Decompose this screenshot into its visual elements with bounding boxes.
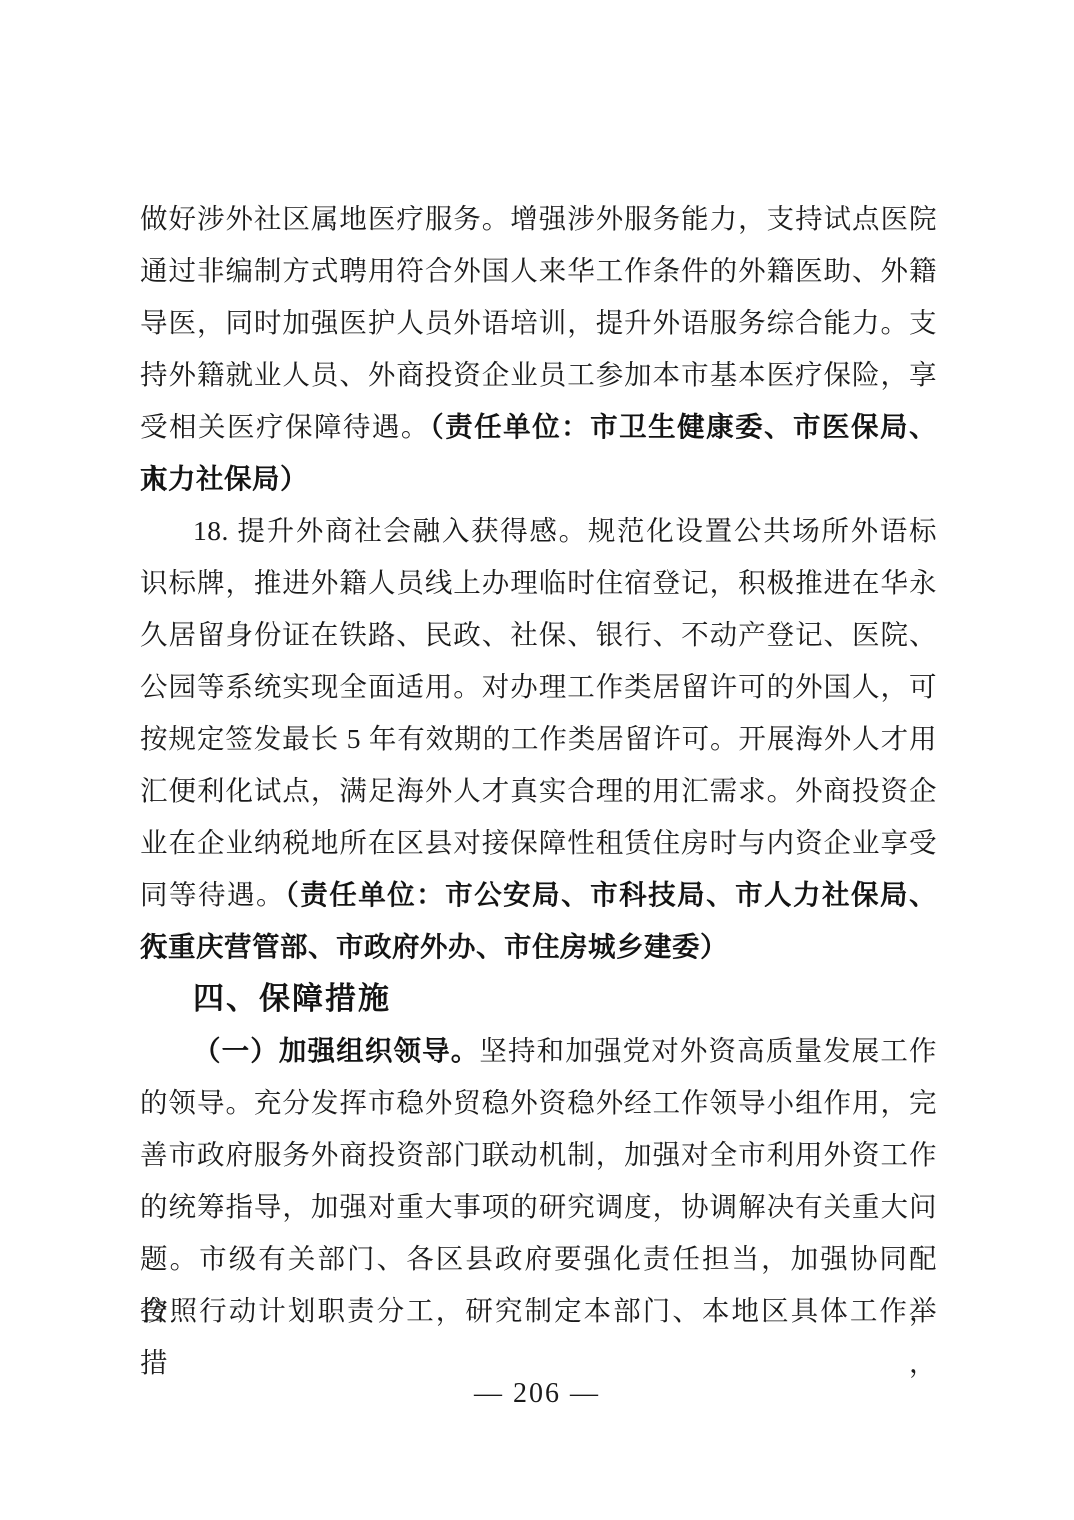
body-text: 18. 提升外商社会融入获得感。规范化设置公共场所外语标 [193, 515, 937, 546]
document-body: 做好涉外社区属地医疗服务。增强涉外服务能力，支持试点医院通过非编制方式聘用符合外… [140, 193, 937, 1337]
body-text: 业在企业纳税地所在区县对接保障性租赁住房时与内资企业享受 [140, 827, 937, 858]
body-text: 善市政府服务外商投资部门联动机制，加强对全市利用外资工作 [140, 1139, 937, 1170]
document-page: 做好涉外社区属地医疗服务。增强涉外服务能力，支持试点医院通过非编制方式聘用符合外… [0, 0, 1074, 1520]
text-line: 行重庆营管部、市政府外办、市住房城乡建委） [140, 921, 937, 973]
text-line: 同等待遇。（责任单位：市公安局、市科技局、市人力社保局、人 [140, 869, 937, 921]
text-line: 做好涉外社区属地医疗服务。增强涉外服务能力，支持试点医院 [140, 193, 937, 245]
text-line: 公园等系统实现全面适用。对办理工作类居留许可的外国人，可 [140, 661, 937, 713]
page-footer: — 206 — [0, 1378, 1074, 1410]
text-line: 持外籍就业人员、外商投资企业员工参加本市基本医疗保险，享 [140, 349, 937, 401]
body-text: 久居留身份证在铁路、民政、社保、银行、不动产登记、医院、 [140, 619, 937, 650]
text-line: 按规定签发最长 5 年有效期的工作类居留许可。开展海外人才用 [140, 713, 937, 765]
emphasis-text: 人力社保局） [140, 463, 308, 494]
text-line: 的领导。充分发挥市稳外贸稳外资稳外经工作领导小组作用，完 [140, 1077, 937, 1129]
section-heading: 四、保障措施 [140, 973, 937, 1025]
body-text: 的领导。充分发挥市稳外贸稳外资稳外经工作领导小组作用，完 [140, 1087, 937, 1118]
text-line: 久居留身份证在铁路、民政、社保、银行、不动产登记、医院、 [140, 609, 937, 661]
body-text: 受相关医疗保障待遇。 [140, 411, 430, 442]
body-text: 按规定签发最长 5 年有效期的工作类居留许可。开展海外人才用 [140, 723, 937, 754]
text-line: 通过非编制方式聘用符合外国人来华工作条件的外籍医助、外籍 [140, 245, 937, 297]
text-line: 按照行动计划职责分工，研究制定本部门、本地区具体工作举措， [140, 1285, 937, 1337]
text-line: 18. 提升外商社会融入获得感。规范化设置公共场所外语标 [140, 505, 937, 557]
body-text: 按照行动计划职责分工，研究制定本部门、本地区具体工作举措， [140, 1295, 937, 1378]
body-text: 识标牌，推进外籍人员线上办理临时住宿登记，积极推进在华永 [140, 567, 937, 598]
text-line: 导医，同时加强医护人员外语培训，提升外语服务综合能力。支 [140, 297, 937, 349]
text-line: 识标牌，推进外籍人员线上办理临时住宿登记，积极推进在华永 [140, 557, 937, 609]
body-text: 同等待遇。 [140, 879, 285, 910]
emphasis-text: 行重庆营管部、市政府外办、市住房城乡建委） [140, 931, 728, 962]
text-line: 受相关医疗保障待遇。（责任单位：市卫生健康委、市医保局、市 [140, 401, 937, 453]
text-line: 善市政府服务外商投资部门联动机制，加强对全市利用外资工作 [140, 1129, 937, 1181]
text-line: 题。市级有关部门、各区县政府要强化责任担当，加强协同配合， [140, 1233, 937, 1285]
emphasis-text: （一）加强组织领导。 [193, 1035, 479, 1066]
body-text: 坚持和加强党对外资高质量发展工作 [479, 1035, 937, 1066]
body-text: 汇便利化试点，满足海外人才真实合理的用汇需求。外商投资企 [140, 775, 937, 806]
text-line: 汇便利化试点，满足海外人才真实合理的用汇需求。外商投资企 [140, 765, 937, 817]
body-text: 做好涉外社区属地医疗服务。增强涉外服务能力，支持试点医院 [140, 203, 937, 234]
emphasis-text: 四、保障措施 [193, 981, 391, 1016]
body-text: 的统筹指导，加强对重大事项的研究调度，协调解决有关重大问 [140, 1191, 937, 1222]
text-line: （一）加强组织领导。坚持和加强党对外资高质量发展工作 [140, 1025, 937, 1077]
body-text: 通过非编制方式聘用符合外国人来华工作条件的外籍医助、外籍 [140, 255, 937, 286]
text-line: 人力社保局） [140, 453, 937, 505]
body-text: 持外籍就业人员、外商投资企业员工参加本市基本医疗保险，享 [140, 359, 937, 390]
body-text: 导医，同时加强医护人员外语培训，提升外语服务综合能力。支 [140, 307, 937, 338]
text-line: 的统筹指导，加强对重大事项的研究调度，协调解决有关重大问 [140, 1181, 937, 1233]
text-line: 业在企业纳税地所在区县对接保障性租赁住房时与内资企业享受 [140, 817, 937, 869]
page-number: — 206 — [474, 1378, 600, 1409]
body-text: 公园等系统实现全面适用。对办理工作类居留许可的外国人，可 [140, 671, 937, 702]
